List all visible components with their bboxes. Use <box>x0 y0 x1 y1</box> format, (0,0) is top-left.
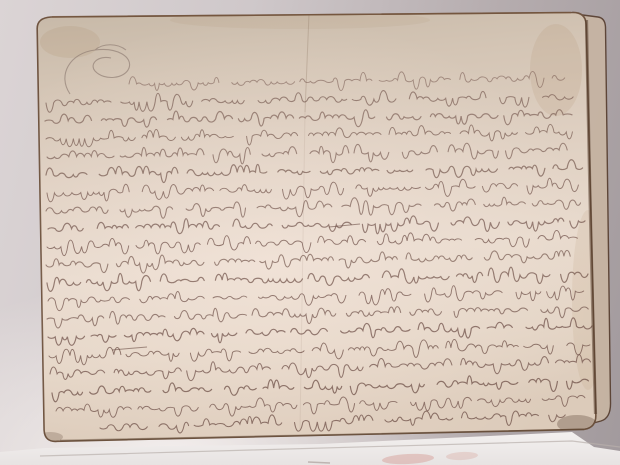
bottom-ink-dash <box>308 462 330 463</box>
scene <box>0 0 620 465</box>
paper-stain <box>40 26 100 58</box>
letter-photo <box>0 0 620 465</box>
paper-stain <box>530 24 582 116</box>
